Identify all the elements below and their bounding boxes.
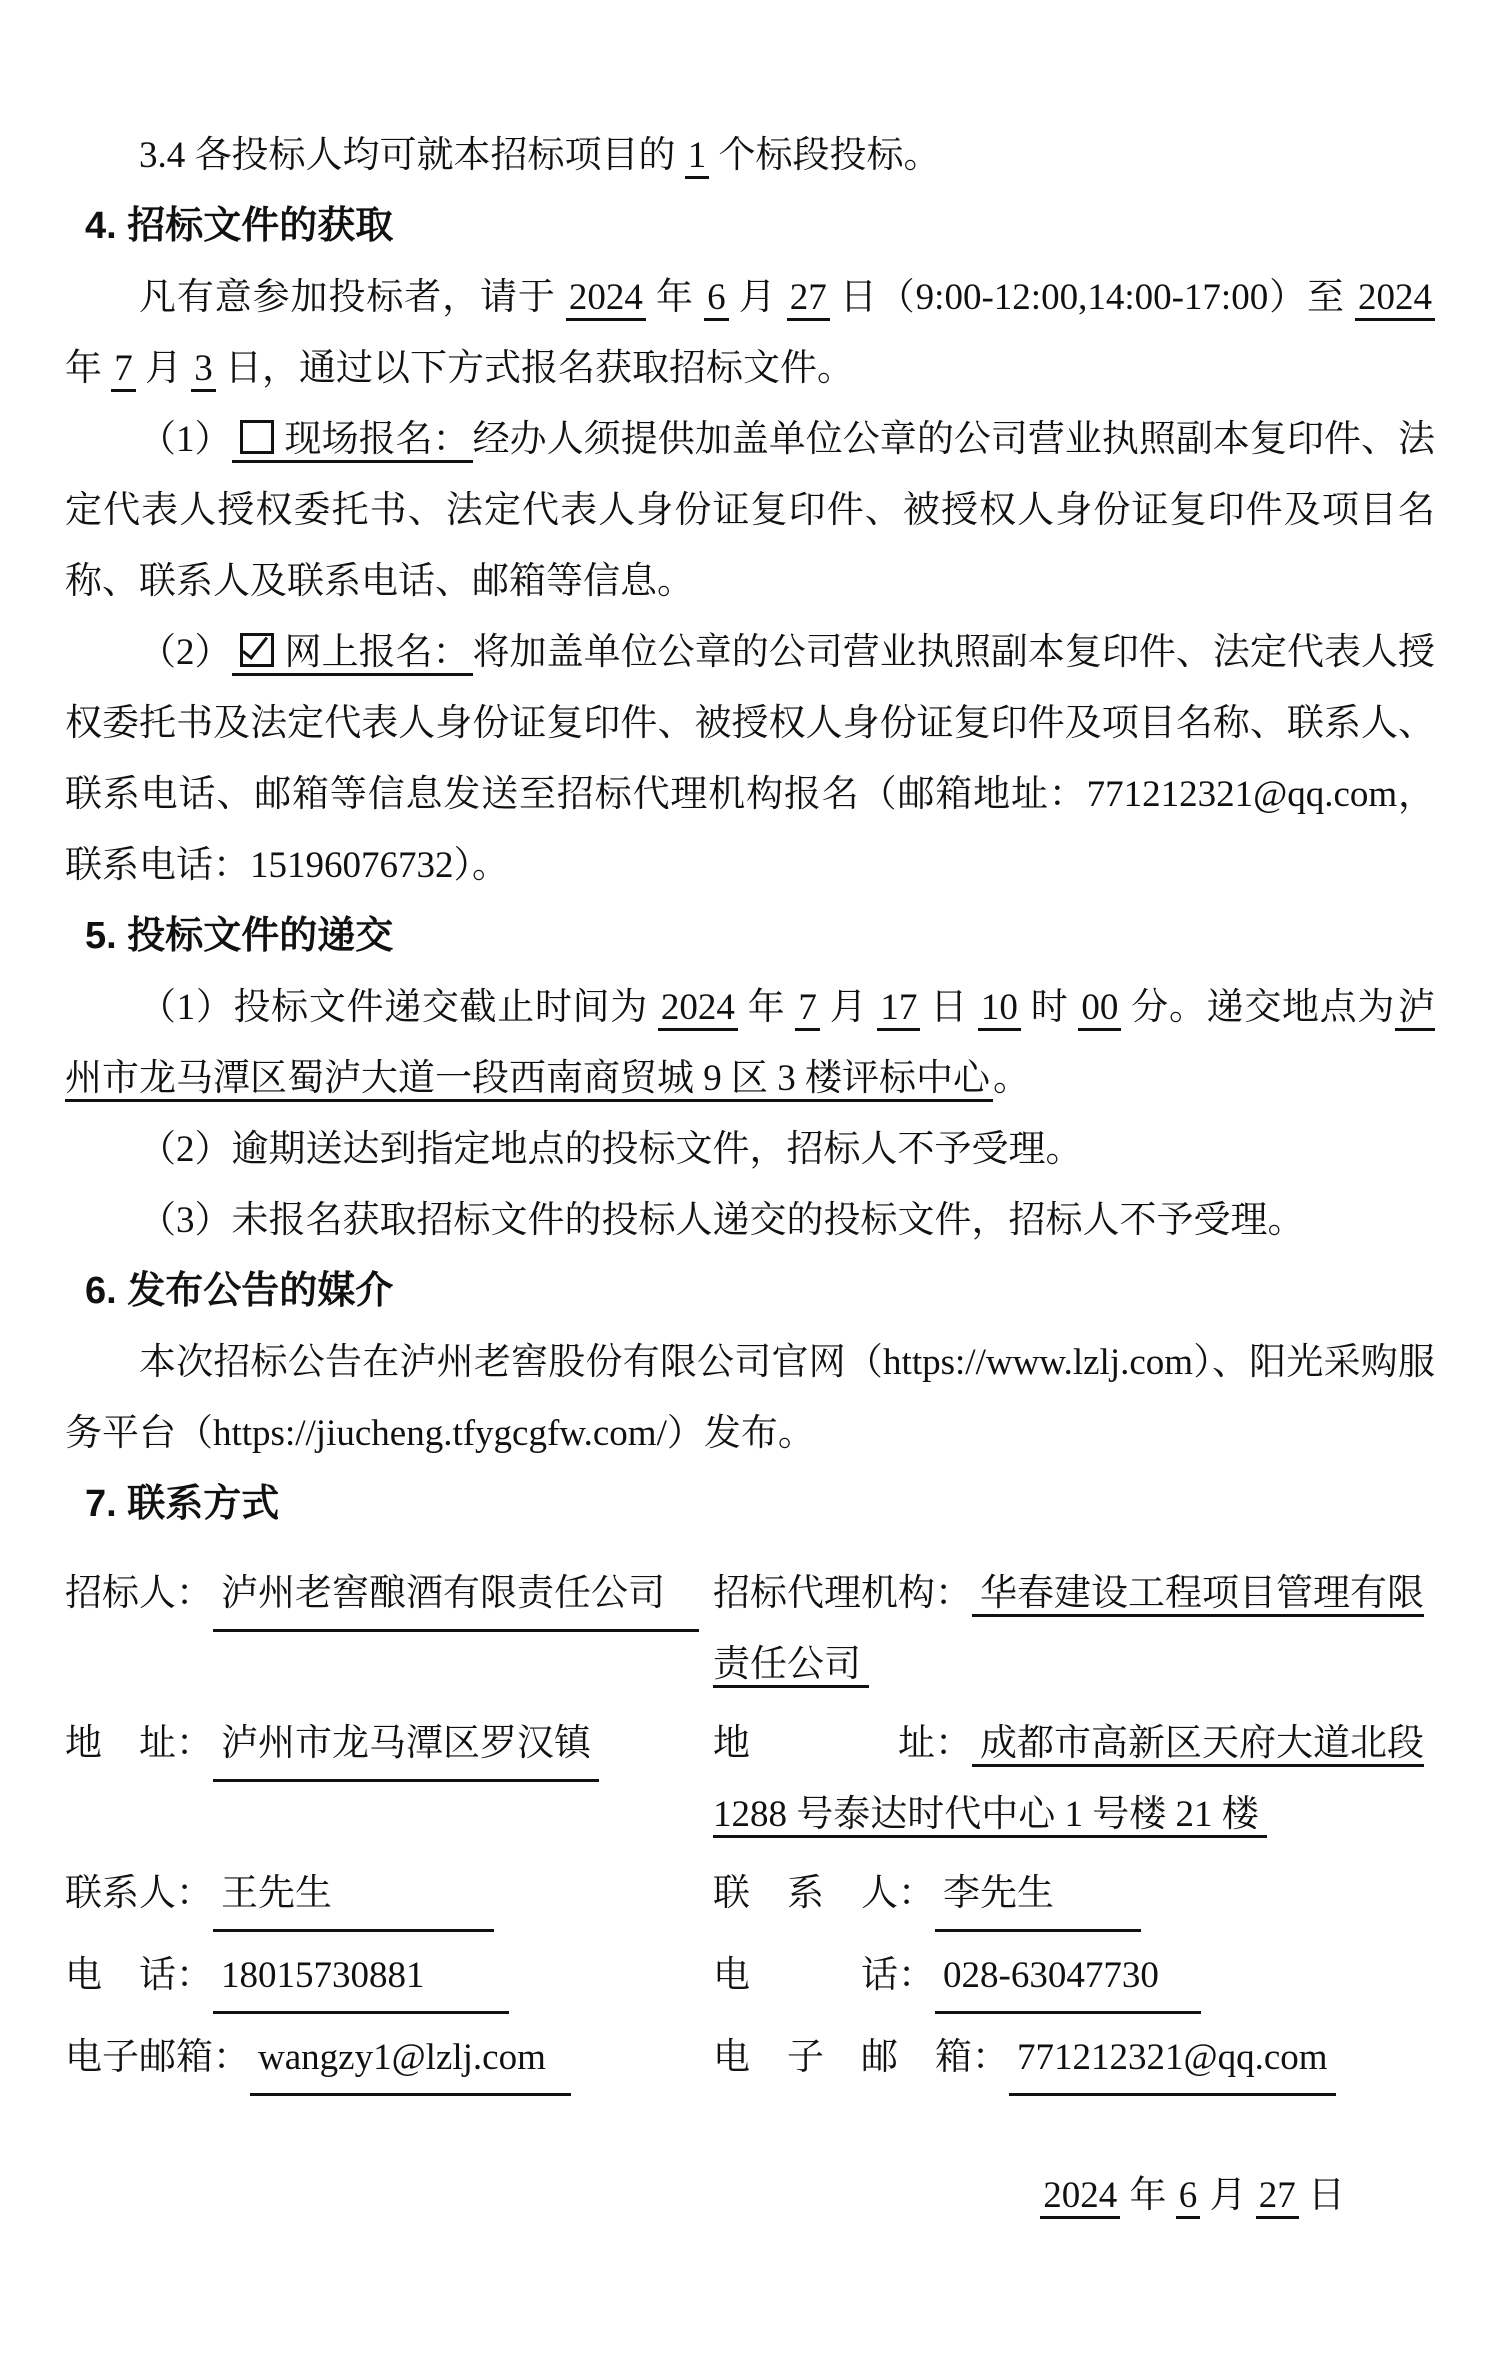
document-page: 3.4 各投标人均可就本招标项目的 1 个标段投标。 4. 招标文件的获取 凡有… xyxy=(0,0,1500,2375)
section-5-paragraph-late-delivery: （2）逾期送达到指定地点的投标文件，招标人不予受理。 xyxy=(65,1114,1435,1185)
section-5-paragraph-deadline: （1）投标文件递交截止时间为 2024 年 7 月 17 日 10 时 00 分… xyxy=(65,972,1435,1114)
agency-label: 招标代理机构： xyxy=(713,1573,972,1614)
tenderer-contact-label: 联系人： xyxy=(65,1873,213,1914)
section-4-paragraph-online-registration: （2）网上报名：将加盖单位公章的公司营业执照副本复印件、法定代表人授权委托书及法… xyxy=(65,617,1435,901)
section-6-paragraph-media: 本次招标公告在泸州老窖股份有限公司官网（https://www.lzlj.com… xyxy=(65,1327,1435,1469)
agency-contact-label: 联 系 人： xyxy=(713,1873,935,1914)
tenderer-contact-value: 王先生 xyxy=(213,1858,494,1932)
section-5-paragraph-unregistered: （3）未报名获取招标文件的投标人递交的投标文件，招标人不予受理。 xyxy=(65,1185,1435,1256)
section-4-heading: 4. 招标文件的获取 xyxy=(65,191,1435,262)
section-4-paragraph-onsite-registration: （1）现场报名：经办人须提供加盖单位公章的公司营业执照副本复印件、法定代表人授权… xyxy=(65,404,1435,617)
announcement-date: 2024 年 6 月 27 日 xyxy=(65,2160,1435,2231)
section-4-paragraph-intro: 凡有意参加投标者，请于 2024 年 6 月 27 日（9:00-12:00,1… xyxy=(65,262,1435,404)
contact-row-address: 地 址：泸州市龙马潭区罗汉镇 地 址：成都市高新区天府大道北段 1288 号泰达… xyxy=(65,1708,1435,1850)
agency-email-label: 电 子 邮 箱： xyxy=(713,2037,1009,2078)
agency-phone-label: 电 话： xyxy=(713,1955,935,1996)
tenderer-phone-label: 电 话： xyxy=(65,1955,213,1996)
contact-row-name: 招标人：泸州老窖酿酒有限责任公司 招标代理机构：华春建设工程项目管理有限责任公司 xyxy=(65,1558,1435,1700)
agency-email-value: 771212321@qq.com xyxy=(1009,2022,1336,2096)
checkbox-checked-icon xyxy=(240,633,274,667)
tenderer-address-label: 地 址： xyxy=(65,1723,213,1764)
section-7-heading: 7. 联系方式 xyxy=(65,1469,1435,1540)
tenderer-phone-value: 18015730881 xyxy=(213,1940,509,2014)
contact-table: 招标人：泸州老窖酿酒有限责任公司 招标代理机构：华春建设工程项目管理有限责任公司… xyxy=(65,1558,1435,2096)
tenderer-address-value: 泸州市龙马潭区罗汉镇 xyxy=(213,1708,599,1782)
agency-address-label: 地 址： xyxy=(713,1723,972,1764)
section-5-heading: 5. 投标文件的递交 xyxy=(65,901,1435,972)
contact-row-phone: 电 话：18015730881 电 话：028-63047730 xyxy=(65,1940,1435,2014)
tenderer-email-value: wangzy1@lzlj.com xyxy=(250,2022,571,2096)
clause-3-4: 3.4 各投标人均可就本招标项目的 1 个标段投标。 xyxy=(65,120,1435,191)
tenderer-email-label: 电子邮箱： xyxy=(65,2037,250,2078)
checkbox-empty-icon xyxy=(240,420,274,454)
agency-phone-value: 028-63047730 xyxy=(935,1940,1201,2014)
contact-row-email: 电子邮箱：wangzy1@lzlj.com 电 子 邮 箱：771212321@… xyxy=(65,2022,1435,2096)
tenderer-label: 招标人： xyxy=(65,1573,213,1614)
contact-row-person: 联系人：王先生 联 系 人：李先生 xyxy=(65,1858,1435,1932)
section-6-heading: 6. 发布公告的媒介 xyxy=(65,1256,1435,1327)
agency-contact-value: 李先生 xyxy=(935,1858,1141,1932)
tenderer-value: 泸州老窖酿酒有限责任公司 xyxy=(213,1558,699,1632)
